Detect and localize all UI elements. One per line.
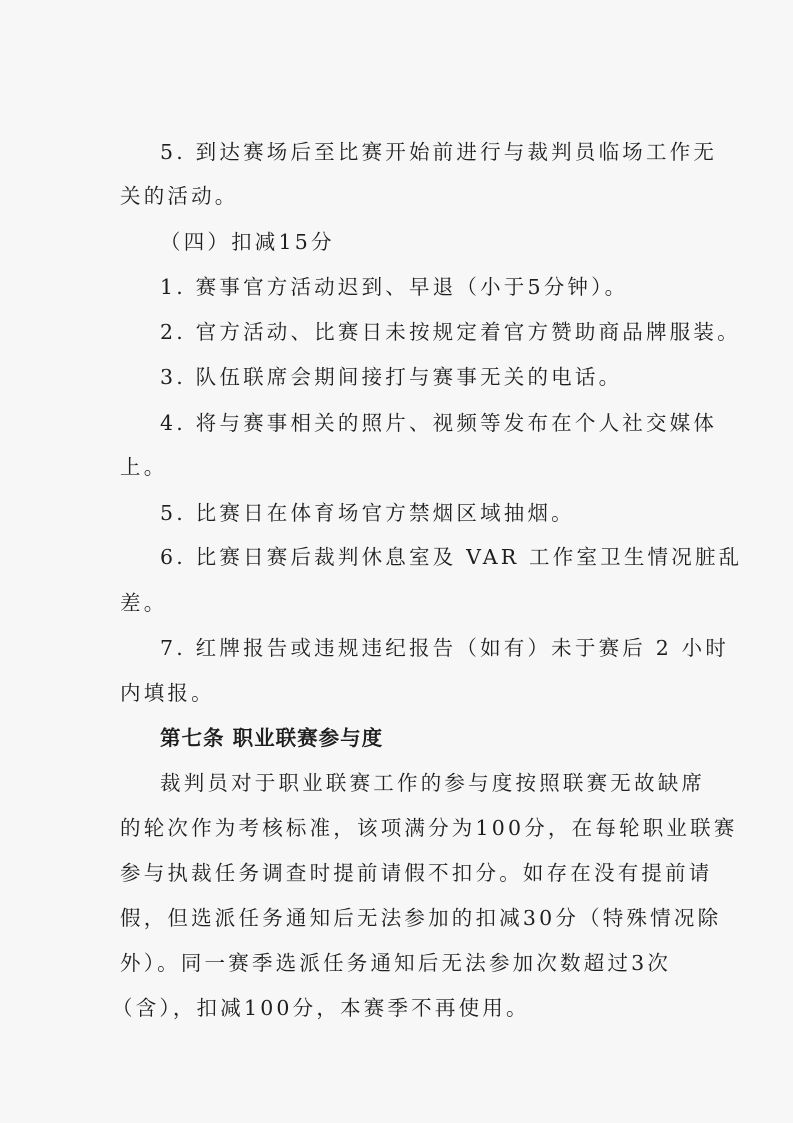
list-item-4-continued: 上。 [120,455,680,479]
article-7-paragraph-line-1: 裁判员对于职业联赛工作的参与度按照联赛无故缺席 [160,771,682,795]
article-7-heading: 第七条 职业联赛参与度 [160,726,682,750]
list-item-3: 3. 队伍联席会期间接打与赛事无关的电话。 [160,365,682,389]
section-deduct-15: （四）扣减15分 [160,230,682,254]
list-item-4: 4. 将与赛事相关的照片、视频等发布在个人社交媒体 [160,411,682,435]
list-item-6-continued: 差。 [120,591,680,615]
list-item-5-continued: 5. 到达赛场后至比赛开始前进行与裁判员临场工作无 [160,140,682,164]
article-7-paragraph-line-2: 的轮次作为考核标准，该项满分为100分，在每轮职业联赛 [120,816,680,840]
list-item-5: 5. 比赛日在体育场官方禁烟区域抽烟。 [160,501,682,525]
article-7-paragraph-line-5: 外）。同一赛季选派任务通知后无法参加次数超过3次 [120,951,680,975]
list-item-1: 1. 赛事官方活动迟到、早退（小于5分钟）。 [160,275,682,299]
list-item-7-continued: 内填报。 [120,681,680,705]
list-item-7: 7. 红牌报告或违规违纪报告（如有）未于赛后 2 小时 [160,636,682,660]
paragraph-continuation: 关的活动。 [120,184,680,208]
document-page: 5. 到达赛场后至比赛开始前进行与裁判员临场工作无 关的活动。 （四）扣减15分… [0,0,793,1123]
article-7-paragraph-line-6: （含），扣减100分，本赛季不再使用。 [112,996,672,1020]
article-7-paragraph-line-4: 假，但选派任务通知后无法参加的扣减30分（特殊情况除 [120,906,680,930]
list-item-6: 6. 比赛日赛后裁判休息室及 VAR 工作室卫生情况脏乱 [160,545,682,569]
list-item-2: 2. 官方活动、比赛日未按规定着官方赞助商品牌服装。 [160,320,682,344]
article-7-paragraph-line-3: 参与执裁任务调查时提前请假不扣分。如存在没有提前请 [120,861,680,885]
